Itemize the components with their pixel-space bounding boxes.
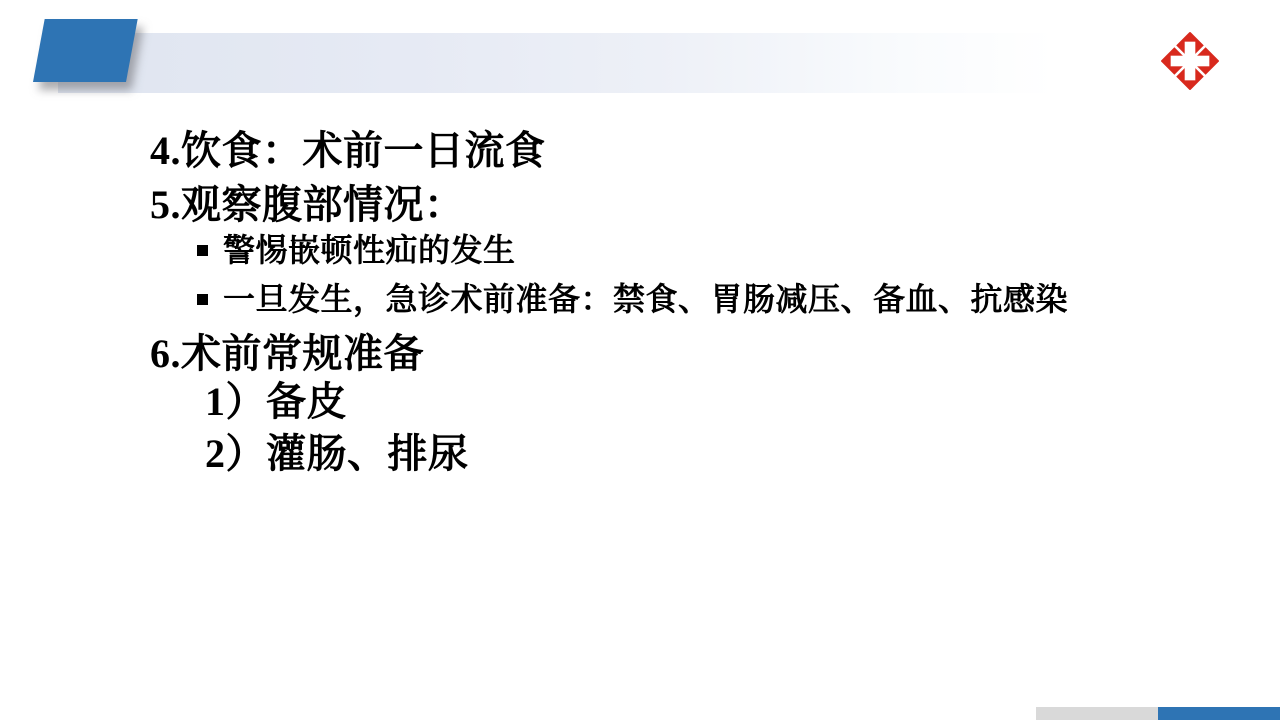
list-item-5: 5.观察腹部情况： <box>150 185 465 225</box>
list-item-text: 2）灌肠、排尿 <box>205 431 469 476</box>
list-item-text: 1）备皮 <box>205 379 347 424</box>
list-item-text: 6.术前常规准备 <box>150 331 424 376</box>
hospital-cross-logo-svg <box>1161 31 1219 91</box>
hospital-cross-logo-icon <box>1161 31 1219 91</box>
slide: 4.饮食：术前一日流食 5.观察腹部情况： 警惕嵌顿性疝的发生 一旦发生，急诊术… <box>0 0 1280 720</box>
header-gradient-bar <box>58 33 1055 93</box>
footer-progress-segment-gray <box>1036 707 1158 720</box>
bullet-text: 一旦发生，急诊术前准备：禁食、胃肠减压、备血、抗感染 <box>223 283 1068 315</box>
list-item-4: 4.饮食：术前一日流食 <box>150 131 546 171</box>
list-item-6: 6.术前常规准备 <box>150 334 424 374</box>
header-accent-parallelogram <box>33 19 138 82</box>
list-item-6-sub-1: 1）备皮 <box>205 382 347 422</box>
list-item-text: 5.观察腹部情况： <box>150 182 465 227</box>
list-item-5-bullet-1: 警惕嵌顿性疝的发生 <box>197 232 516 268</box>
list-item-6-sub-2: 2）灌肠、排尿 <box>205 434 469 474</box>
list-item-5-bullet-2: 一旦发生，急诊术前准备：禁食、胃肠减压、备血、抗感染 <box>197 281 1068 317</box>
footer-progress-segment-blue <box>1158 707 1280 720</box>
square-bullet-icon <box>197 294 208 305</box>
bullet-text: 警惕嵌顿性疝的发生 <box>223 234 516 266</box>
list-item-text: 4.饮食：术前一日流食 <box>150 128 546 173</box>
square-bullet-icon <box>197 245 208 256</box>
